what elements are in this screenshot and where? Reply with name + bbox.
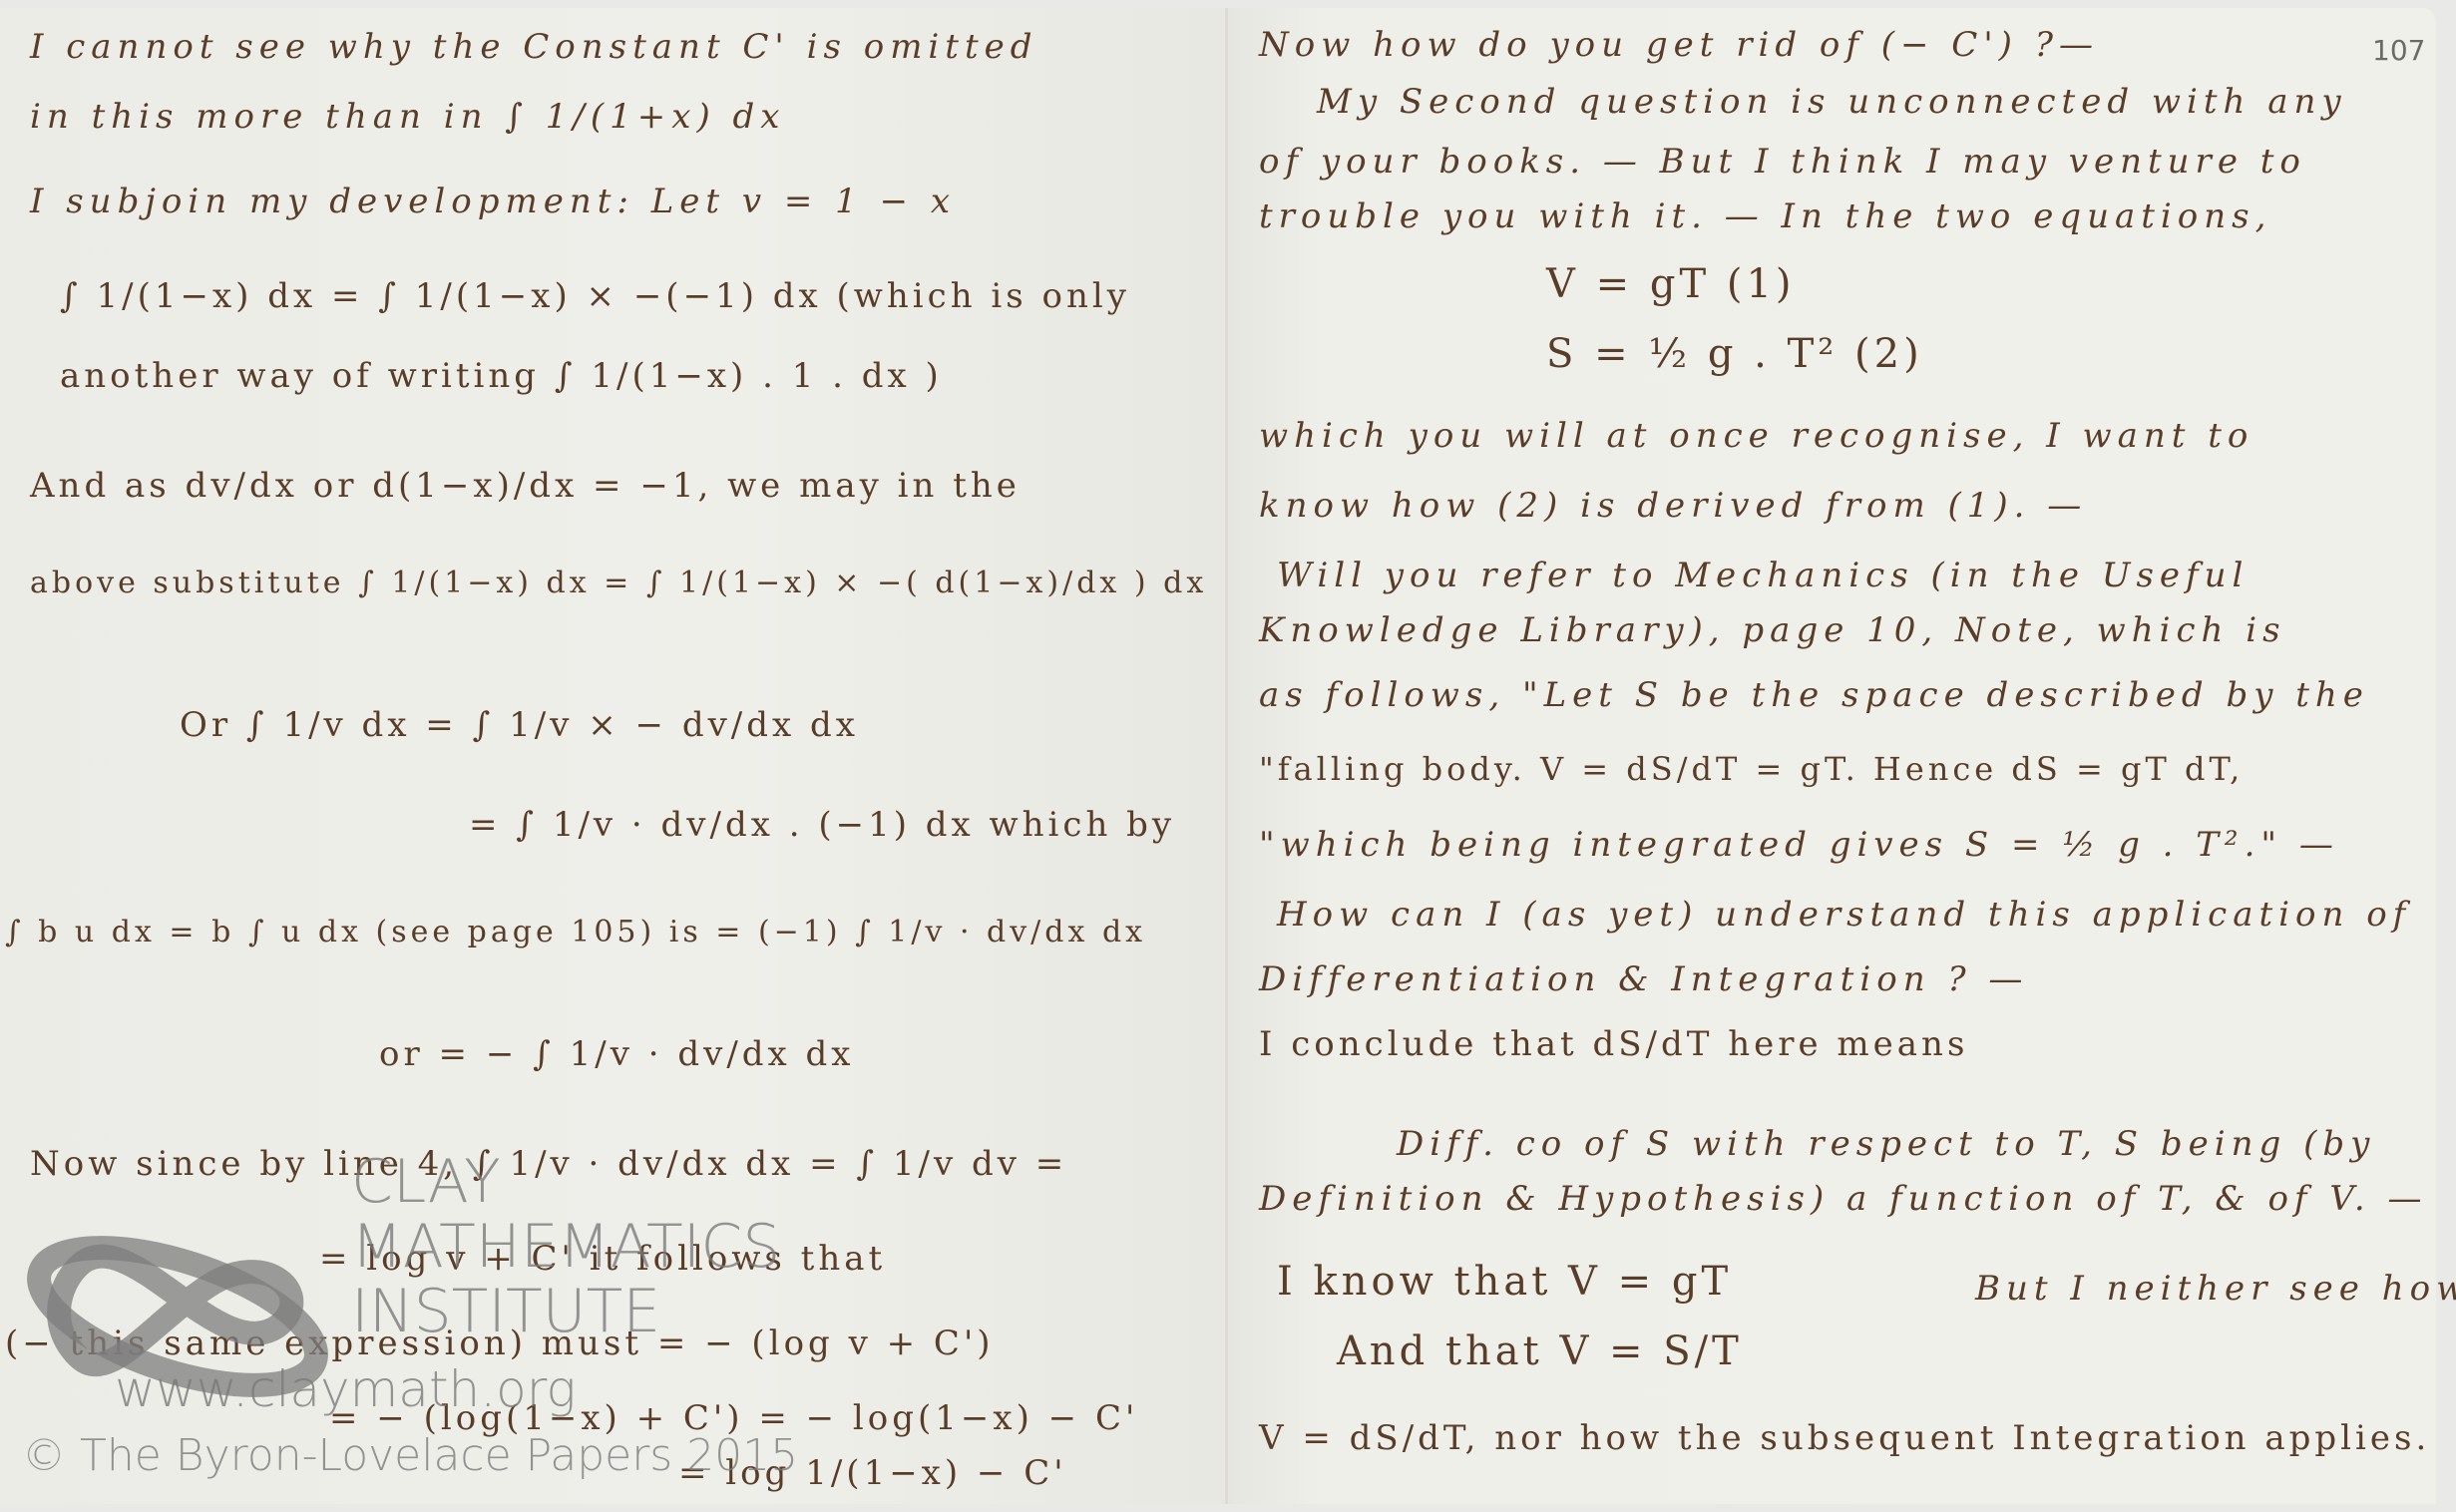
manuscript-line: My Second question is unconnected with a… <box>1317 85 2347 119</box>
manuscript-line: another way of writing ∫ 1/(1−x) . 1 . d… <box>60 359 943 393</box>
manuscript-line: I conclude that dS/dT here means <box>1259 1027 1968 1061</box>
manuscript-line: "which being integrated gives S = ½ g . … <box>1259 828 2339 862</box>
manuscript-line: Will you refer to Mechanics (in the Usef… <box>1277 559 2249 592</box>
watermark-copyright: © The Byron-Lovelace Papers 2015 <box>22 1434 798 1478</box>
manuscript-line: And that V = S/T <box>1337 1331 1743 1371</box>
manuscript-line: "falling body. V = dS/dT = gT. Hence dS … <box>1259 753 2244 785</box>
watermark-org-line2: MATHEMATICS <box>351 1217 780 1277</box>
manuscript-line: Now since by line 4, ∫ 1/v · dv/dx dx = … <box>30 1147 1067 1181</box>
manuscript-line: V = dS/dT, nor how the subsequent Integr… <box>1259 1421 2430 1455</box>
manuscript-line: And as dv/dx or d(1−x)/dx = −1, we may i… <box>30 469 1021 503</box>
manuscript-line: I subjoin my development: Let v = 1 − x <box>30 185 956 218</box>
manuscript-line: I cannot see why the Constant C' is omit… <box>30 30 1038 64</box>
manuscript-line: Definition & Hypothesis) a function of T… <box>1259 1182 2428 1216</box>
manuscript-line: Now how do you get rid of (− C') ?— <box>1259 28 2099 62</box>
manuscript-line: = ∫ 1/v · dv/dx . (−1) dx which by <box>469 808 1175 842</box>
manuscript-line: Differentiation & Integration ? — <box>1259 962 2028 996</box>
manuscript-line: S = ½ g . T² (2) <box>1546 334 1923 374</box>
manuscript-line: Or ∫ 1/v dx = ∫ 1/v × − dv/dx dx <box>180 708 859 742</box>
manuscript-line: as follows, "Let S be the space describe… <box>1259 678 2369 712</box>
manuscript-line: ∫ 1/(1−x) dx = ∫ 1/(1−x) × −(−1) dx (whi… <box>60 279 1130 313</box>
manuscript-line: know how (2) is derived from (1). — <box>1259 489 2087 523</box>
manuscript-line: ∫ b u dx = b ∫ u dx (see page 105) is = … <box>5 918 1146 947</box>
watermark-org-line3: INSTITUTE <box>351 1282 660 1341</box>
manuscript-line: But I neither see how <box>1975 1272 2456 1306</box>
manuscript-line: of your books. — But I think I may ventu… <box>1259 145 2306 179</box>
watermark-url: www.claymath.org <box>115 1364 576 1414</box>
page-number: 107 <box>2372 34 2425 67</box>
watermark-org-line1: CLAY <box>351 1152 501 1212</box>
page-fold-gutter <box>1225 8 1228 1504</box>
manuscript-line: trouble you with it. — In the two equati… <box>1259 199 2271 233</box>
manuscript-line: Knowledge Library), page 10, Note, which… <box>1259 613 2286 647</box>
manuscript-line: or = − ∫ 1/v · dv/dx dx <box>379 1037 854 1071</box>
manuscript-line: Diff. co of S with respect to T, S being… <box>1397 1127 2375 1161</box>
manuscript-line: above substitute ∫ 1/(1−x) dx = ∫ 1/(1−x… <box>30 568 1207 598</box>
manuscript-line: which you will at once recognise, I want… <box>1259 419 2253 453</box>
manuscript-line: How can I (as yet) understand this appli… <box>1277 898 2411 932</box>
manuscript-line: V = gT (1) <box>1546 264 1796 304</box>
manuscript-line: I know that V = gT <box>1277 1262 1732 1302</box>
manuscript-line: in this more than in ∫ 1/(1+x) dx <box>30 100 785 134</box>
